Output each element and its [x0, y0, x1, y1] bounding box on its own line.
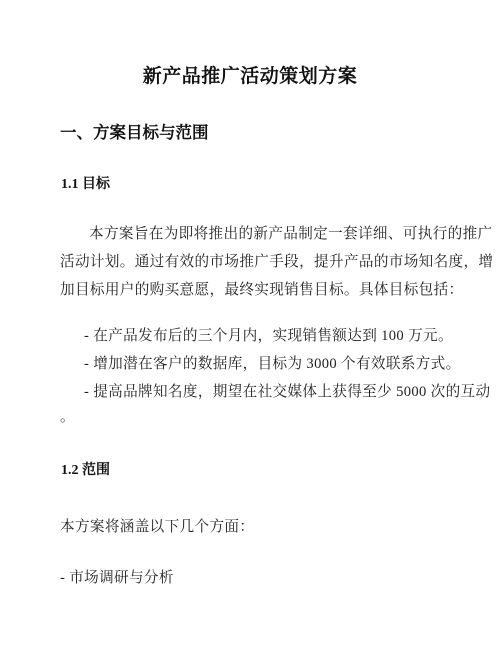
goal-bullet: - 提高品牌知名度，期望在社交媒体上获得至少 5000 次的互动: [84, 380, 490, 401]
goal-bullet-continuation: 。: [60, 405, 75, 426]
document-title: 新产品推广活动策划方案: [0, 61, 500, 88]
subsection-heading-goals: 1.1 目标: [61, 173, 110, 193]
goal-bullet: - 增加潜在客户的数据库，目标为 3000 个有效联系方式。: [84, 352, 461, 373]
scope-intro: 本方案将涵盖以下几个方面：: [60, 515, 254, 536]
paragraph-line: 活动计划。通过有效的市场推广手段，提升产品的市场知名度，增: [60, 250, 493, 271]
goal-bullet: - 在产品发布后的三个月内，实现销售额达到 100 万元。: [84, 324, 453, 345]
subsection-heading-scope: 1.2 范围: [61, 459, 110, 479]
scope-item: - 市场调研与分析: [60, 566, 174, 587]
paragraph-line: 本方案旨在为即将推出的新产品制定一套详细、可执行的推广: [89, 222, 492, 243]
paragraph-line: 加目标用户的购买意愿，最终实现销售目标。具体目标包括：: [60, 278, 463, 299]
section-heading: 一、方案目标与范围: [60, 119, 209, 143]
